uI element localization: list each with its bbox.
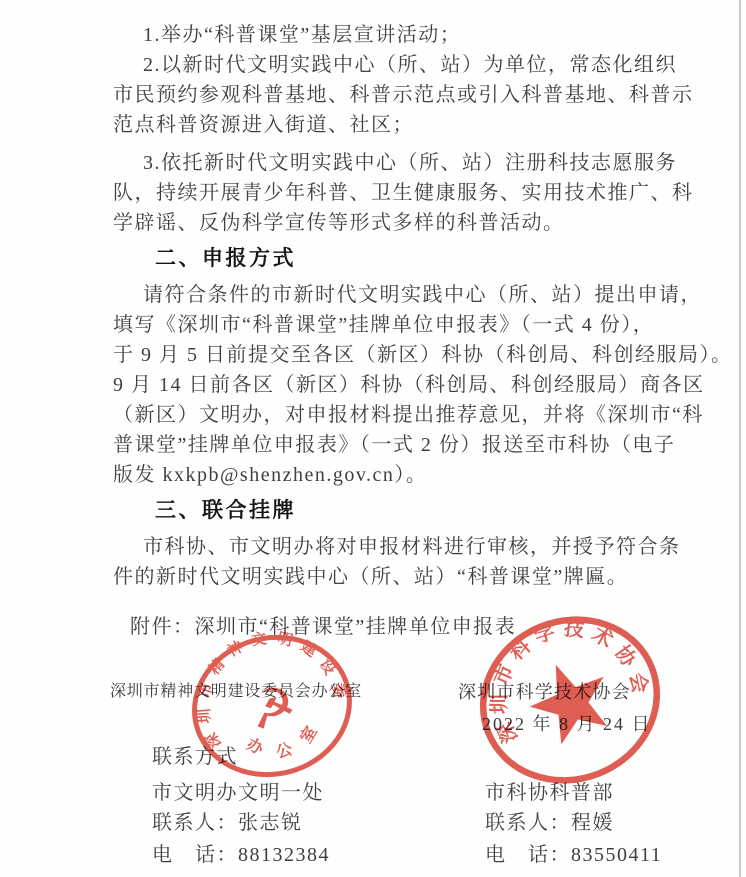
- body-line: 件的新时代文明实践中心（所、站）“科普课堂”牌匾。: [113, 562, 669, 592]
- seal-bottom-text: 办 公 室: [240, 714, 330, 769]
- body-line: 1.举办“科普课堂”基层宣讲活动；: [113, 20, 669, 50]
- signature-right-org: 深圳市科学技术协会: [458, 678, 631, 704]
- body-line: 范点科普资源进入街道、社区；: [113, 110, 669, 140]
- contact-right-phone: 电 话：83550411: [485, 838, 662, 867]
- contact-left-phone: 电 话：88132384: [152, 838, 330, 867]
- signature-left-org: 深圳市精神文明建设委员会办公室: [110, 678, 362, 701]
- contact-left-person: 联系人：张志锐: [152, 806, 303, 835]
- body-line: （新区）文明办，对申报材料提出推荐意见，并将《深圳市“科: [113, 400, 669, 430]
- body-line: 学辟谣、反伪科学宣传等形式多样的科普活动。: [113, 208, 669, 238]
- attachment-line: 附件：深圳市“科普课堂”挂牌单位申报表: [130, 612, 516, 642]
- document-page: 1.举办“科普课堂”基层宣讲活动；2.以新时代文明实践中心（所、站）为单位，常态…: [0, 0, 746, 877]
- body-line: 普课堂”挂牌单位申报表》（一式 2 份）报送至市科协（电子: [113, 430, 669, 460]
- body-line: 9 月 14 日前各区（新区）科协（科创局、科创经服局）商各区: [113, 370, 669, 400]
- contact-right-person: 联系人：程媛: [485, 806, 614, 835]
- contact-section-title: 联系方式: [152, 740, 238, 769]
- contact-left-dept: 市文明办文明一处: [152, 776, 324, 805]
- body-line: 请符合条件的市新时代文明实践中心（所、站）提出申请，: [113, 280, 669, 310]
- body-line: 2.以新时代文明实践中心（所、站）为单位，常态化组织: [113, 50, 669, 80]
- body-line: 于 9 月 5 日前提交至各区（新区）科协（科创局、科创经服局）。: [113, 340, 669, 370]
- body-line: 市民预约参观科普基地、科普示范点或引入科普基地、科普示: [113, 80, 669, 110]
- body-line: 3.依托新时代文明实践中心（所、站）注册科技志愿服务: [113, 148, 669, 178]
- contact-right-dept: 市科协科普部: [485, 776, 614, 805]
- scan-edge-line: [739, 0, 741, 877]
- body-line: 三、联合挂牌: [113, 490, 669, 532]
- body-line: 队，持续开展青少年科普、卫生健康服务、实用技术推广、科: [113, 178, 669, 208]
- body-line: 市科协、市文明办将对申报材料进行审核，并授予符合条: [113, 532, 669, 562]
- body-text: 1.举办“科普课堂”基层宣讲活动；2.以新时代文明实践中心（所、站）为单位，常态…: [113, 20, 669, 592]
- body-line: 版发 kxkpb@shenzhen.gov.cn）。: [113, 460, 669, 490]
- body-line: 二、申报方式: [113, 238, 669, 280]
- signature-date: 2022 年 8 月 24 日: [482, 710, 652, 736]
- body-line: 填写《深圳市“科普课堂”挂牌单位申报表》（一式 4 份），: [113, 310, 669, 340]
